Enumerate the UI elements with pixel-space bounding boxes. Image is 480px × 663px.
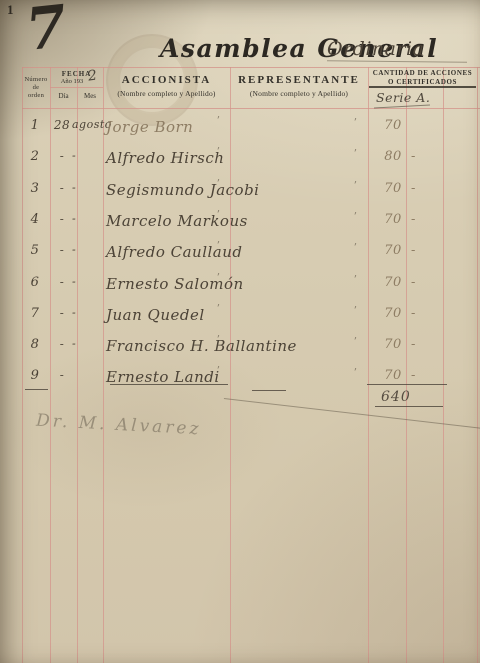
row-order-number: 1	[26, 118, 44, 133]
row-quantity-dash: -	[411, 368, 416, 383]
table-row: 7--Juan Quedelʹʹ70-	[0, 306, 480, 336]
row-order-number: 3	[26, 181, 44, 196]
row-check-tick: ʹ	[217, 241, 220, 252]
header-mes: Mes	[77, 92, 103, 100]
row-share-quantity: 70	[381, 275, 405, 290]
row-order-number: 7	[26, 306, 44, 321]
row-check-tick: ʹ	[354, 118, 357, 129]
row-month: -	[72, 306, 92, 319]
header-orden-line1: Número	[23, 76, 49, 84]
row-month: -	[72, 149, 92, 162]
table-row: 3--Segismundo Jacobiʹʹ70-	[0, 181, 480, 211]
row-check-tick: ʹ	[217, 147, 220, 158]
row-order-number: 5	[26, 243, 44, 258]
row-day: -	[51, 275, 73, 289]
anio-handwritten-digit: 2	[87, 67, 99, 84]
row-share-quantity: 70	[381, 306, 405, 321]
row-shareholder-name: Ernesto Salomón	[106, 275, 244, 293]
row-day: -	[51, 212, 73, 226]
row-day: -	[51, 243, 73, 257]
header-orden: Número de orden	[23, 76, 49, 100]
row-quantity-dash: -	[411, 212, 416, 227]
row-share-quantity: 80	[381, 149, 405, 164]
row-check-tick: ʹ	[354, 149, 357, 160]
row-quantity-dash: -	[411, 181, 416, 196]
row-shareholder-name: Segismundo Jacobi	[106, 181, 259, 199]
pencil-diagonal-stroke	[224, 398, 480, 429]
folio-handwritten-number: 7	[23, 0, 70, 64]
ink-dash-representante	[252, 390, 286, 391]
row-quantity-dash: -	[411, 306, 416, 321]
title-handwritten-word: Ordinaria	[327, 38, 424, 60]
header-orden-line2: de	[23, 84, 49, 92]
row-check-tick: ʹ	[217, 273, 220, 284]
row-check-tick: ʹ	[354, 275, 357, 286]
ledger-page: { "colors":{"paper":"#d7ccb2","rule_red"…	[0, 0, 480, 663]
row-day: -	[51, 181, 73, 195]
table-row: 5--Alfredo Caullaudʹʹ70-	[0, 243, 480, 273]
row-order-number: 9	[26, 368, 44, 383]
table-row: 2--Alfredo Hirschʹʹ80-	[0, 149, 480, 179]
row-check-tick: ʹ	[354, 212, 357, 223]
header-representante: REPRESENTANTE	[230, 74, 368, 86]
row-check-tick: ʹ	[217, 304, 220, 315]
row-quantity-dash: -	[411, 275, 416, 290]
row-order-number: 2	[26, 149, 44, 164]
row-check-tick: ʹ	[354, 181, 357, 192]
row-day: -	[51, 368, 73, 382]
ink-underline-last-name	[110, 384, 228, 385]
cantidad-underline-rule	[369, 86, 476, 88]
pencil-signature: Dr. M. Alvarez	[36, 411, 202, 440]
row-day: -	[51, 337, 73, 351]
header-bottom-rule	[22, 108, 480, 109]
row-month: -	[72, 243, 92, 256]
row-quantity-dash: -	[411, 149, 416, 164]
row-month: -	[72, 212, 92, 225]
row-shareholder-name: Juan Quedel	[106, 306, 205, 324]
row-day: -	[51, 306, 73, 320]
row-check-tick: ʹ	[217, 210, 220, 221]
row-order-number: 6	[26, 275, 44, 290]
row-share-quantity: 70	[381, 368, 405, 383]
table-row: 128agostoJorge Bornʹʹ70	[0, 118, 480, 148]
table-row: 6--Ernesto Salomónʹʹ70-	[0, 275, 480, 305]
row-quantity-dash: -	[411, 337, 416, 352]
table-row: 8--Francisco H. Ballantineʹʹ70-	[0, 337, 480, 367]
row-month: agosto	[72, 118, 92, 131]
row-quantity-dash: -	[411, 243, 416, 258]
row-check-tick: ʹ	[217, 116, 220, 127]
ink-dash-orden	[25, 389, 48, 390]
row-check-tick: ʹ	[354, 243, 357, 254]
row-check-tick: ʹ	[217, 179, 220, 190]
row-check-tick: ʹ	[217, 366, 220, 377]
row-month: -	[72, 181, 92, 194]
header-accionista: ACCIONISTA	[103, 74, 230, 86]
header-dia: Día	[50, 92, 77, 100]
row-day: -	[51, 149, 73, 163]
total-rule-below	[375, 406, 443, 407]
row-share-quantity: 70	[381, 181, 405, 196]
row-share-quantity: 70	[381, 337, 405, 352]
header-representante-sub: (Nombre completo y Apellido)	[230, 89, 368, 98]
page-corner-number: 1	[7, 2, 14, 18]
row-shareholder-name: Alfredo Hirsch	[106, 149, 224, 167]
row-order-number: 8	[26, 337, 44, 352]
header-accionista-sub: (Nombre completo y Apellido)	[103, 89, 230, 98]
row-check-tick: ʹ	[354, 306, 357, 317]
row-shareholder-name: Francisco H. Ballantine	[106, 337, 297, 355]
row-check-tick: ʹ	[217, 335, 220, 346]
row-share-quantity: 70	[381, 118, 405, 133]
table-row: 4--Marcelo Markousʹʹ70-	[0, 212, 480, 242]
row-shareholder-name: Marcelo Markous	[106, 212, 248, 230]
row-shareholder-name: Jorge Born	[106, 118, 193, 136]
row-share-quantity: 70	[381, 212, 405, 227]
row-month: -	[72, 337, 92, 350]
total-rule-above	[367, 384, 447, 385]
row-day: 28	[51, 118, 73, 132]
row-order-number: 4	[26, 212, 44, 227]
row-check-tick: ʹ	[354, 337, 357, 348]
row-check-tick: ʹ	[354, 368, 357, 379]
total-amount: 640	[381, 389, 411, 405]
serie-handwritten: Serie A.	[376, 90, 430, 105]
row-month: -	[72, 275, 92, 288]
header-orden-line3: orden	[23, 92, 49, 100]
header-cantidad-line1: CANTIDAD DE ACCIONES	[368, 69, 477, 78]
row-shareholder-name: Alfredo Caullaud	[106, 243, 243, 261]
row-share-quantity: 70	[381, 243, 405, 258]
